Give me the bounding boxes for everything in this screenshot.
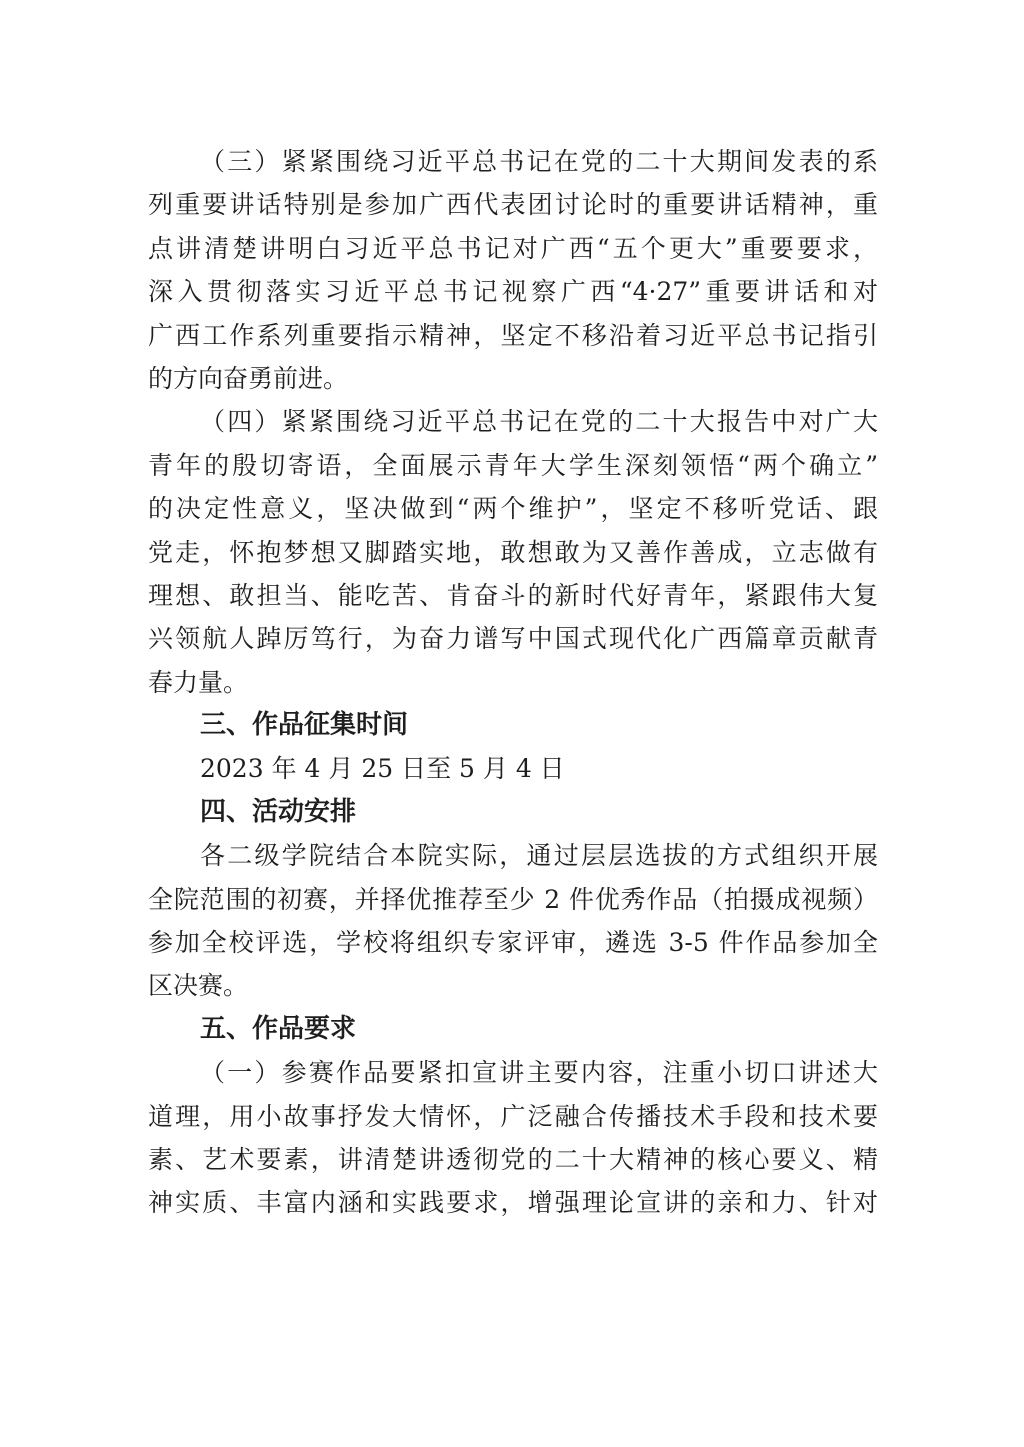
text-line: 参加全校评选，学校将组织专家评审，遴选 3-5 件作品参加全	[148, 921, 878, 964]
activity-arrangement-paragraph: 各二级学院结合本院实际，通过层层选拔的方式组织开展 全院范围的初赛，并择优推荐至…	[148, 834, 878, 1008]
section-heading-work-requirements: 五、作品要求	[148, 1008, 878, 1051]
paragraph-3: （三）紧紧围绕习近平总书记在党的二十大期间发表的系 列重要讲话特别是参加广西代表…	[148, 140, 878, 400]
text-line: 点讲清楚讲明白习近平总书记对广西“五个更大”重要要求，	[148, 227, 878, 270]
text-line: 青年的殷切寄语，全面展示青年大学生深刻领悟“两个确立”	[148, 444, 878, 487]
text-line: 列重要讲话特别是参加广西代表团讨论时的重要讲话精神，重	[148, 183, 878, 226]
text-line: 广西工作系列重要指示精神，坚定不移沿着习近平总书记指引	[148, 314, 878, 357]
paragraph-4: （四）紧紧围绕习近平总书记在党的二十大报告中对广大 青年的殷切寄语，全面展示青年…	[148, 400, 878, 704]
text-line: 理想、敢担当、能吃苦、肯奋斗的新时代好青年，紧跟伟大复	[148, 574, 878, 617]
text-line: 神实质、丰富内涵和实践要求，增强理论宣讲的亲和力、针对	[148, 1181, 878, 1224]
work-requirements-paragraph-1: （一）参赛作品要紧扣宣讲主要内容，注重小切口讲述大 道理，用小故事抒发大情怀，广…	[148, 1051, 878, 1225]
text-line: 兴领航人踔厉笃行，为奋力谱写中国式现代化广西篇章贡献青	[148, 617, 878, 660]
text-line: 党走，怀抱梦想又脚踏实地，敢想敢为又善作善成，立志做有	[148, 531, 878, 574]
text-line: 的方向奋勇前进。	[148, 357, 878, 400]
text-line: 素、艺术要素，讲清楚讲透彻党的二十大精神的核心要义、精	[148, 1138, 878, 1181]
text-line: 各二级学院结合本院实际，通过层层选拔的方式组织开展	[148, 834, 878, 877]
text-line: 道理，用小故事抒发大情怀，广泛融合传播技术手段和技术要	[148, 1095, 878, 1138]
text-line: 春力量。	[148, 661, 878, 704]
text-line: （一）参赛作品要紧扣宣讲主要内容，注重小切口讲述大	[148, 1051, 878, 1094]
text-line: 区决赛。	[148, 964, 878, 1007]
section-heading-collection-time: 三、作品征集时间	[148, 704, 878, 747]
text-line: 深入贯彻落实习近平总书记视察广西“4·27”重要讲话和对	[148, 270, 878, 313]
section-heading-activity-arrangement: 四、活动安排	[148, 791, 878, 834]
text-line: 全院范围的初赛，并择优推荐至少 2 件优秀作品（拍摄成视频）	[148, 878, 878, 921]
document-page: （三）紧紧围绕习近平总书记在党的二十大期间发表的系 列重要讲话特别是参加广西代表…	[148, 140, 878, 1225]
collection-time-text: 2023 年 4 月 25 日至 5 月 4 日	[148, 747, 878, 790]
text-line: 的决定性意义，坚决做到“两个维护”，坚定不移听党话、跟	[148, 487, 878, 530]
text-line: （四）紧紧围绕习近平总书记在党的二十大报告中对广大	[148, 400, 878, 443]
text-line: （三）紧紧围绕习近平总书记在党的二十大期间发表的系	[148, 140, 878, 183]
